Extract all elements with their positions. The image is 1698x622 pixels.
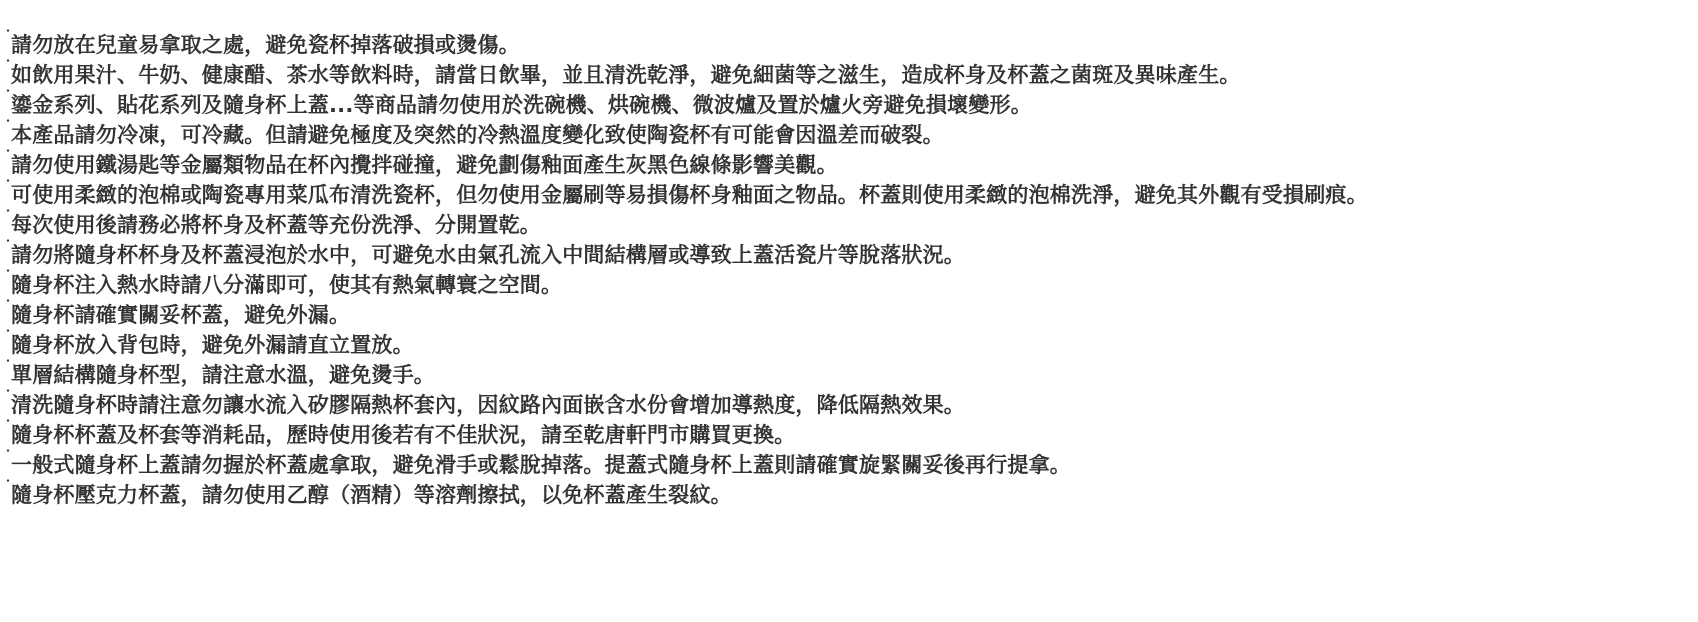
bullet-icon: ˙	[4, 30, 11, 44]
note-item: ˙隨身杯壓克力杯蓋，請勿使用乙醇（酒精）等溶劑擦拭，以免杯蓋產生裂紋。	[4, 480, 1664, 510]
bullet-icon: ˙	[4, 90, 11, 104]
bullet-icon: ˙	[4, 360, 11, 374]
bullet-icon: ˙	[4, 180, 11, 194]
bullet-icon: ˙	[4, 450, 11, 464]
bullet-icon: ˙	[4, 270, 11, 284]
bullet-icon: ˙	[4, 300, 11, 314]
bullet-icon: ˙	[4, 210, 11, 224]
note-item: ˙本產品請勿冷凍，可冷藏。但請避免極度及突然的冷熱溫度變化致使陶瓷杯有可能會因溫…	[4, 120, 1664, 150]
note-item: ˙一般式隨身杯上蓋請勿握於杯蓋處拿取，避免滑手或鬆脫掉落。提蓋式隨身杯上蓋則請確…	[4, 450, 1664, 480]
note-item: ˙如飲用果汁、牛奶、健康醋、茶水等飲料時，請當日飲畢，並且清洗乾淨，避免細菌等之…	[4, 60, 1664, 90]
note-item: ˙可使用柔緻的泡棉或陶瓷專用菜瓜布清洗瓷杯，但勿使用金屬刷等易損傷杯身釉面之物品…	[4, 180, 1664, 210]
note-text: 隨身杯注入熱水時請八分滿即可，使其有熱氣轉寰之空間。	[11, 273, 562, 297]
note-text: 隨身杯請確實關妥杯蓋，避免外漏。	[11, 303, 350, 327]
bullet-icon: ˙	[4, 120, 11, 134]
note-text: 請勿將隨身杯杯身及杯蓋浸泡於水中，可避免水由氣孔流入中間結構層或導致上蓋活瓷片等…	[11, 243, 965, 267]
note-text: 隨身杯壓克力杯蓋，請勿使用乙醇（酒精）等溶劑擦拭，以免杯蓋產生裂紋。	[11, 483, 732, 507]
note-item: ˙隨身杯杯蓋及杯套等消耗品，歷時使用後若有不佳狀況，請至乾唐軒門市購買更換。	[4, 420, 1664, 450]
bullet-icon: ˙	[4, 240, 11, 254]
bullet-icon: ˙	[4, 330, 11, 344]
bullet-icon: ˙	[4, 420, 11, 434]
note-item: ˙請勿放在兒童易拿取之處，避免瓷杯掉落破損或燙傷。	[4, 30, 1664, 60]
note-item: ˙每次使用後請務必將杯身及杯蓋等充份洗淨、分開置乾。	[4, 210, 1664, 240]
note-text: 可使用柔緻的泡棉或陶瓷專用菜瓜布清洗瓷杯，但勿使用金屬刷等易損傷杯身釉面之物品。…	[11, 183, 1368, 207]
care-instructions-list: ˙請勿放在兒童易拿取之處，避免瓷杯掉落破損或燙傷。 ˙如飲用果汁、牛奶、健康醋、…	[0, 0, 1684, 510]
note-item: ˙請勿將隨身杯杯身及杯蓋浸泡於水中，可避免水由氣孔流入中間結構層或導致上蓋活瓷片…	[4, 240, 1664, 270]
note-text: 單層結構隨身杯型，請注意水溫，避免燙手。	[11, 363, 435, 387]
bullet-icon: ˙	[4, 480, 11, 494]
note-item: ˙隨身杯放入背包時，避免外漏請直立置放。	[4, 330, 1664, 360]
note-item: ˙鎏金系列、貼花系列及隨身杯上蓋...等商品請勿使用於洗碗機、烘碗機、微波爐及置…	[4, 90, 1664, 120]
bullet-icon: ˙	[4, 60, 11, 74]
note-text: 隨身杯杯蓋及杯套等消耗品，歷時使用後若有不佳狀況，請至乾唐軒門市購買更換。	[11, 423, 795, 447]
note-item: ˙單層結構隨身杯型，請注意水溫，避免燙手。	[4, 360, 1664, 390]
note-text: 隨身杯放入背包時，避免外漏請直立置放。	[11, 333, 414, 357]
bullet-icon: ˙	[4, 150, 11, 164]
note-text: 鎏金系列、貼花系列及隨身杯上蓋...等商品請勿使用於洗碗機、烘碗機、微波爐及置於…	[11, 93, 1032, 117]
note-text: 本產品請勿冷凍，可冷藏。但請避免極度及突然的冷熱溫度變化致使陶瓷杯有可能會因溫差…	[11, 123, 944, 147]
note-text: 清洗隨身杯時請注意勿讓水流入矽膠隔熱杯套內，因紋路內面嵌含水份會增加導熱度，降低…	[11, 393, 965, 417]
note-item: ˙隨身杯注入熱水時請八分滿即可，使其有熱氣轉寰之空間。	[4, 270, 1664, 300]
note-text: 每次使用後請務必將杯身及杯蓋等充份洗淨、分開置乾。	[11, 213, 541, 237]
note-item: ˙清洗隨身杯時請注意勿讓水流入矽膠隔熱杯套內，因紋路內面嵌含水份會增加導熱度，降…	[4, 390, 1664, 420]
note-text: 一般式隨身杯上蓋請勿握於杯蓋處拿取，避免滑手或鬆脫掉落。提蓋式隨身杯上蓋則請確實…	[11, 453, 1071, 477]
note-item: ˙隨身杯請確實關妥杯蓋，避免外漏。	[4, 300, 1664, 330]
bullet-icon: ˙	[4, 390, 11, 404]
note-text: 請勿放在兒童易拿取之處，避免瓷杯掉落破損或燙傷。	[11, 33, 520, 57]
note-text: 如飲用果汁、牛奶、健康醋、茶水等飲料時，請當日飲畢，並且清洗乾淨，避免細菌等之滋…	[11, 63, 1241, 87]
note-item: ˙請勿使用鐵湯匙等金屬類物品在杯內攪拌碰撞，避免劃傷釉面產生灰黑色線條影響美觀。	[4, 150, 1664, 180]
note-text: 請勿使用鐵湯匙等金屬類物品在杯內攪拌碰撞，避免劃傷釉面產生灰黑色線條影響美觀。	[11, 153, 838, 177]
